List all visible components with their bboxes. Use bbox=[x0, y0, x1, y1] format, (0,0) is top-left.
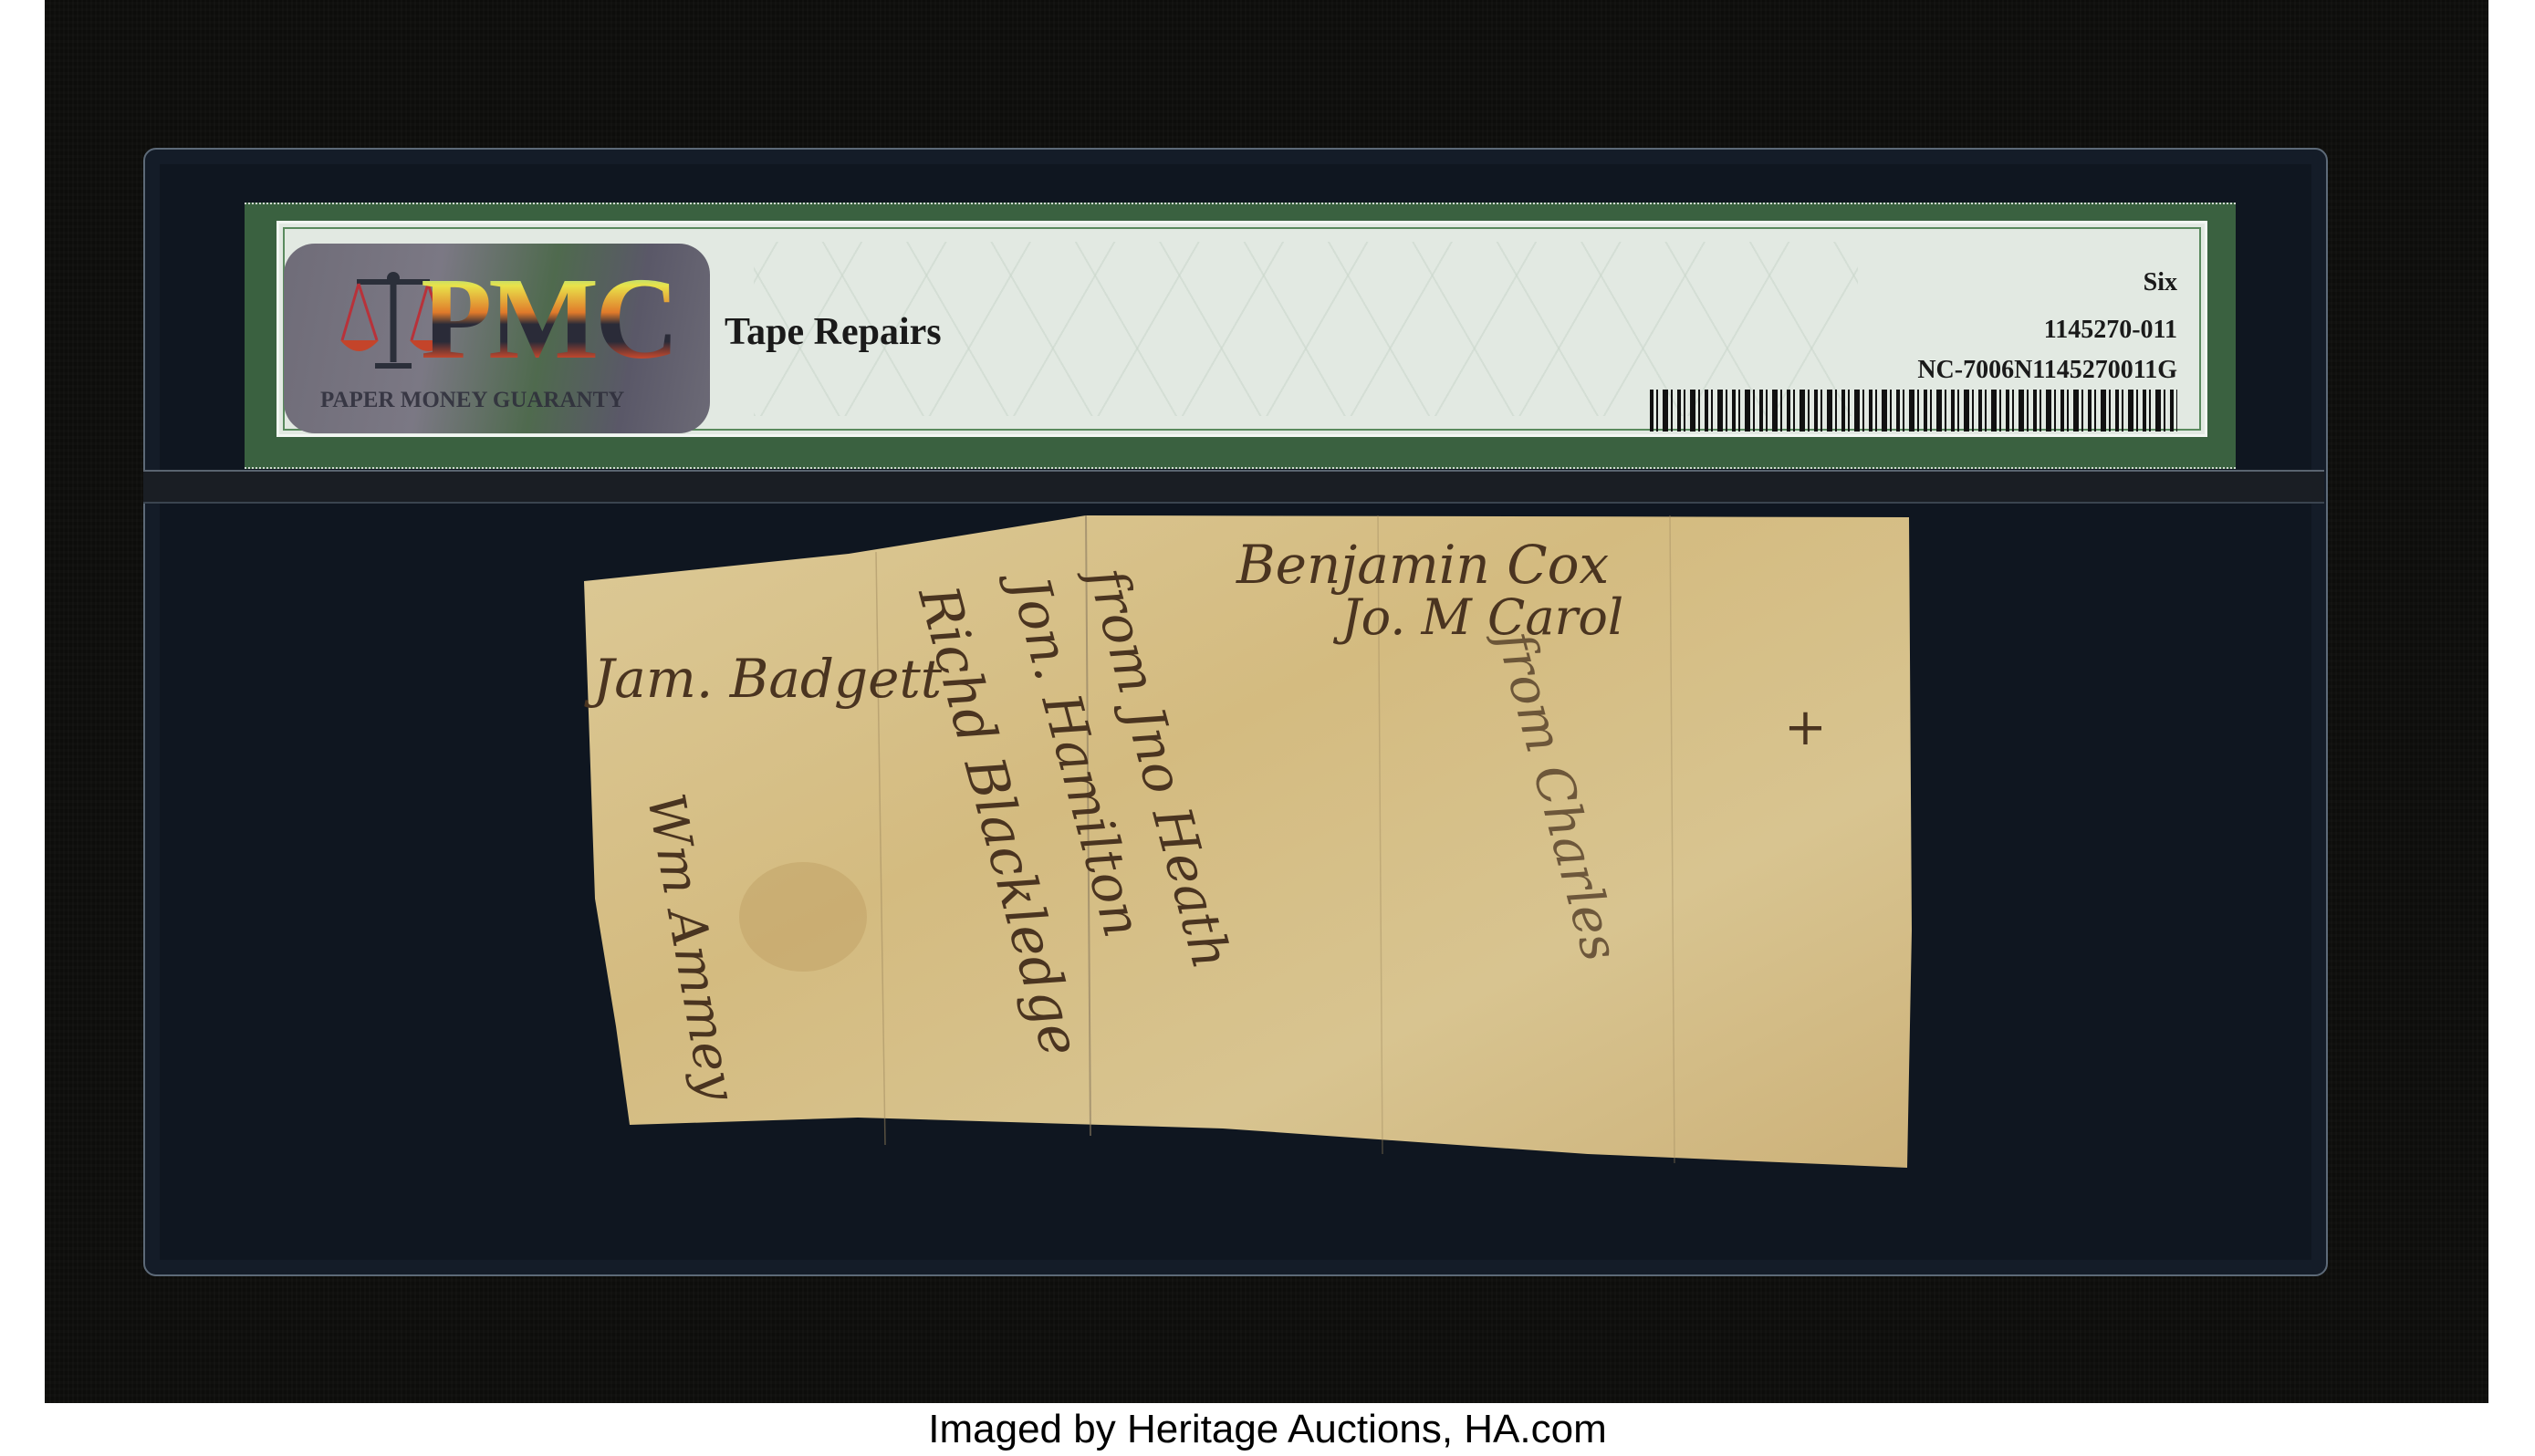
signature-benjamin-cox: Benjamin Cox bbox=[1236, 534, 1609, 596]
signature-jo-m-carol: Jo. M Carol bbox=[1341, 588, 1623, 646]
colonial-note-back: Benjamin Cox Jo. M Carol Jam. Badgett Wm… bbox=[584, 515, 1912, 1172]
label-details: Six 1145270-011 NC-7006N1145270011G bbox=[1650, 269, 2177, 432]
grading-label: PMC PAPER MONEY GUARANTY Tape Repairs Si… bbox=[245, 203, 2236, 469]
label-panel: PMC PAPER MONEY GUARANTY Tape Repairs Si… bbox=[276, 221, 2207, 437]
pmc-hologram: PMC PAPER MONEY GUARANTY bbox=[284, 244, 710, 433]
pmc-logo-text: PMC bbox=[421, 260, 675, 377]
cross-mark: + bbox=[1784, 698, 1827, 757]
barcode bbox=[1650, 390, 2177, 432]
grade-text: Six bbox=[1650, 269, 2177, 296]
note-paper bbox=[584, 515, 1912, 1172]
cert-number: 1145270-011 bbox=[1650, 317, 2177, 344]
catalog-code: NC-7006N1145270011G bbox=[1650, 357, 2177, 384]
signature-badgett: Jam. Badgett bbox=[593, 648, 942, 710]
paper-money-guaranty-text: PAPER MONEY GUARANTY bbox=[320, 388, 624, 413]
holder-seal-rail bbox=[143, 470, 2324, 504]
label-comment: Tape Repairs bbox=[725, 310, 942, 354]
image-credit-caption: Imaged by Heritage Auctions, HA.com bbox=[0, 1403, 2535, 1456]
